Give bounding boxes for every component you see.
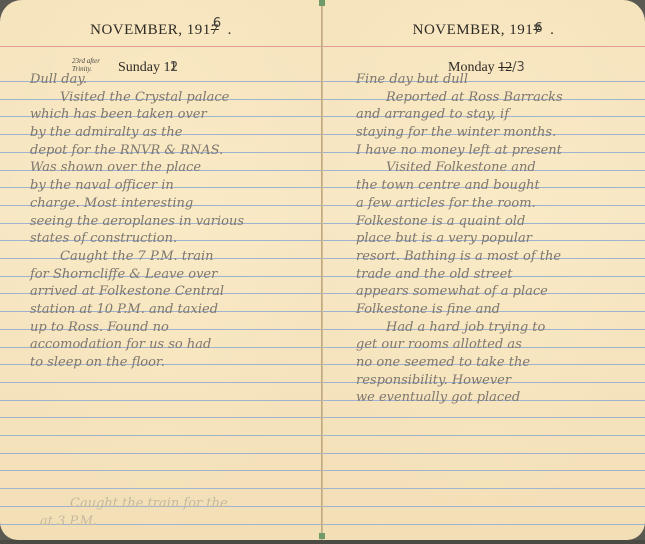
right-page: NOVEMBER, 19176. Monday 12/3 Fine day bu… [322,0,645,540]
handwritten-line: get our rooms allotted as [356,336,645,354]
handwritten-line: and arranged to stay, if [356,106,645,124]
handwritten-line: Visited Folkestone and [356,159,645,177]
handwritten-line: to sleep on the floor. [30,354,322,372]
ruled-line [322,506,645,507]
handwritten-line [40,478,322,496]
ruled-line [0,382,322,383]
right-page-header: NOVEMBER, 19176. [322,22,645,39]
red-header-rule [322,46,645,47]
ruled-line [322,488,645,489]
handwritten-line: appears somewhat of a place [356,283,645,301]
handwritten-line: by the admiralty as the [30,124,322,142]
handwritten-line: charge. Most interesting [30,195,322,213]
handwritten-line: we eventually got placed [356,389,645,407]
handwritten-line [40,407,322,425]
handwritten-line: resort. Bathing is a most of the [356,248,645,266]
right-diary-entry: Fine day but dullReported at Ross Barrac… [356,71,645,407]
handwritten-line: place but is a very popular [356,230,645,248]
handwritten-line: Caught the train for the [40,495,322,513]
ruled-line [322,435,645,436]
binding-thread-bottom [319,533,325,539]
left-page-header: NOVEMBER, 19176. [0,22,322,39]
handwritten-line: Caught the 7 P.M. train [30,248,322,266]
ruled-line [0,400,322,401]
show-through-writing: Caught the train for theat 3 P.M. [40,407,322,531]
handwritten-line: responsibility. However [356,372,645,390]
handwritten-line [40,425,322,443]
handwritten-line: Dull day. [30,71,322,89]
open-diary: NOVEMBER, 19176. 23rd after Trinity. Sun… [0,0,645,540]
ruled-line [322,417,645,418]
ruled-line [322,453,645,454]
scan-background [0,540,645,544]
month-year: NOVEMBER, 191 [90,22,211,38]
handwritten-line: Reported at Ross Barracks [356,89,645,107]
handwritten-line: Fine day but dull [356,71,645,89]
handwritten-line: trade and the old street [356,266,645,284]
handwritten-line: seeing the aeroplanes in various [30,213,322,231]
month-year: NOVEMBER, 191 [413,22,534,38]
handwritten-line: arrived at Folkestone Central [30,283,322,301]
handwritten-line [40,460,322,478]
handwritten-line: no one seemed to take the [356,354,645,372]
book-spine [321,0,323,540]
left-page: NOVEMBER, 19176. 23rd after Trinity. Sun… [0,0,322,540]
handwritten-line: Was shown over the place [30,159,322,177]
red-header-rule [0,46,322,47]
handwritten-line: the town centre and bought [356,177,645,195]
binding-thread-top [319,0,325,6]
handwritten-year-correction: 6 [213,16,222,31]
handwritten-line [40,442,322,460]
ruled-line [322,470,645,471]
handwritten-year-correction: 6 [534,21,543,36]
handwritten-line: Visited the Crystal palace [30,89,322,107]
handwritten-line: by the naval officer in [30,177,322,195]
handwritten-line: a few articles for the room. [356,195,645,213]
handwritten-line: Folkestone is fine and [356,301,645,319]
handwritten-line: for Shorncliffe & Leave over [30,266,322,284]
handwritten-line: station at 10 P.M. and taxied [30,301,322,319]
ruled-line [322,524,645,525]
handwritten-line: accomodation for us so had [30,336,322,354]
handwritten-line: depot for the RNVR & RNAS. [30,142,322,160]
handwritten-line: staying for the winter months. [356,124,645,142]
handwritten-line: which has been taken over [30,106,322,124]
handwritten-line: Folkestone is a quaint old [356,213,645,231]
left-diary-entry: Dull day.Visited the Crystal palacewhich… [30,71,322,372]
handwritten-line: Had a hard job trying to [356,319,645,337]
handwritten-line: up to Ross. Found no [30,319,322,337]
handwritten-line: at 3 P.M. [40,513,322,531]
handwritten-line: I have no money left at present [356,142,645,160]
handwritten-line: states of construction. [30,230,322,248]
